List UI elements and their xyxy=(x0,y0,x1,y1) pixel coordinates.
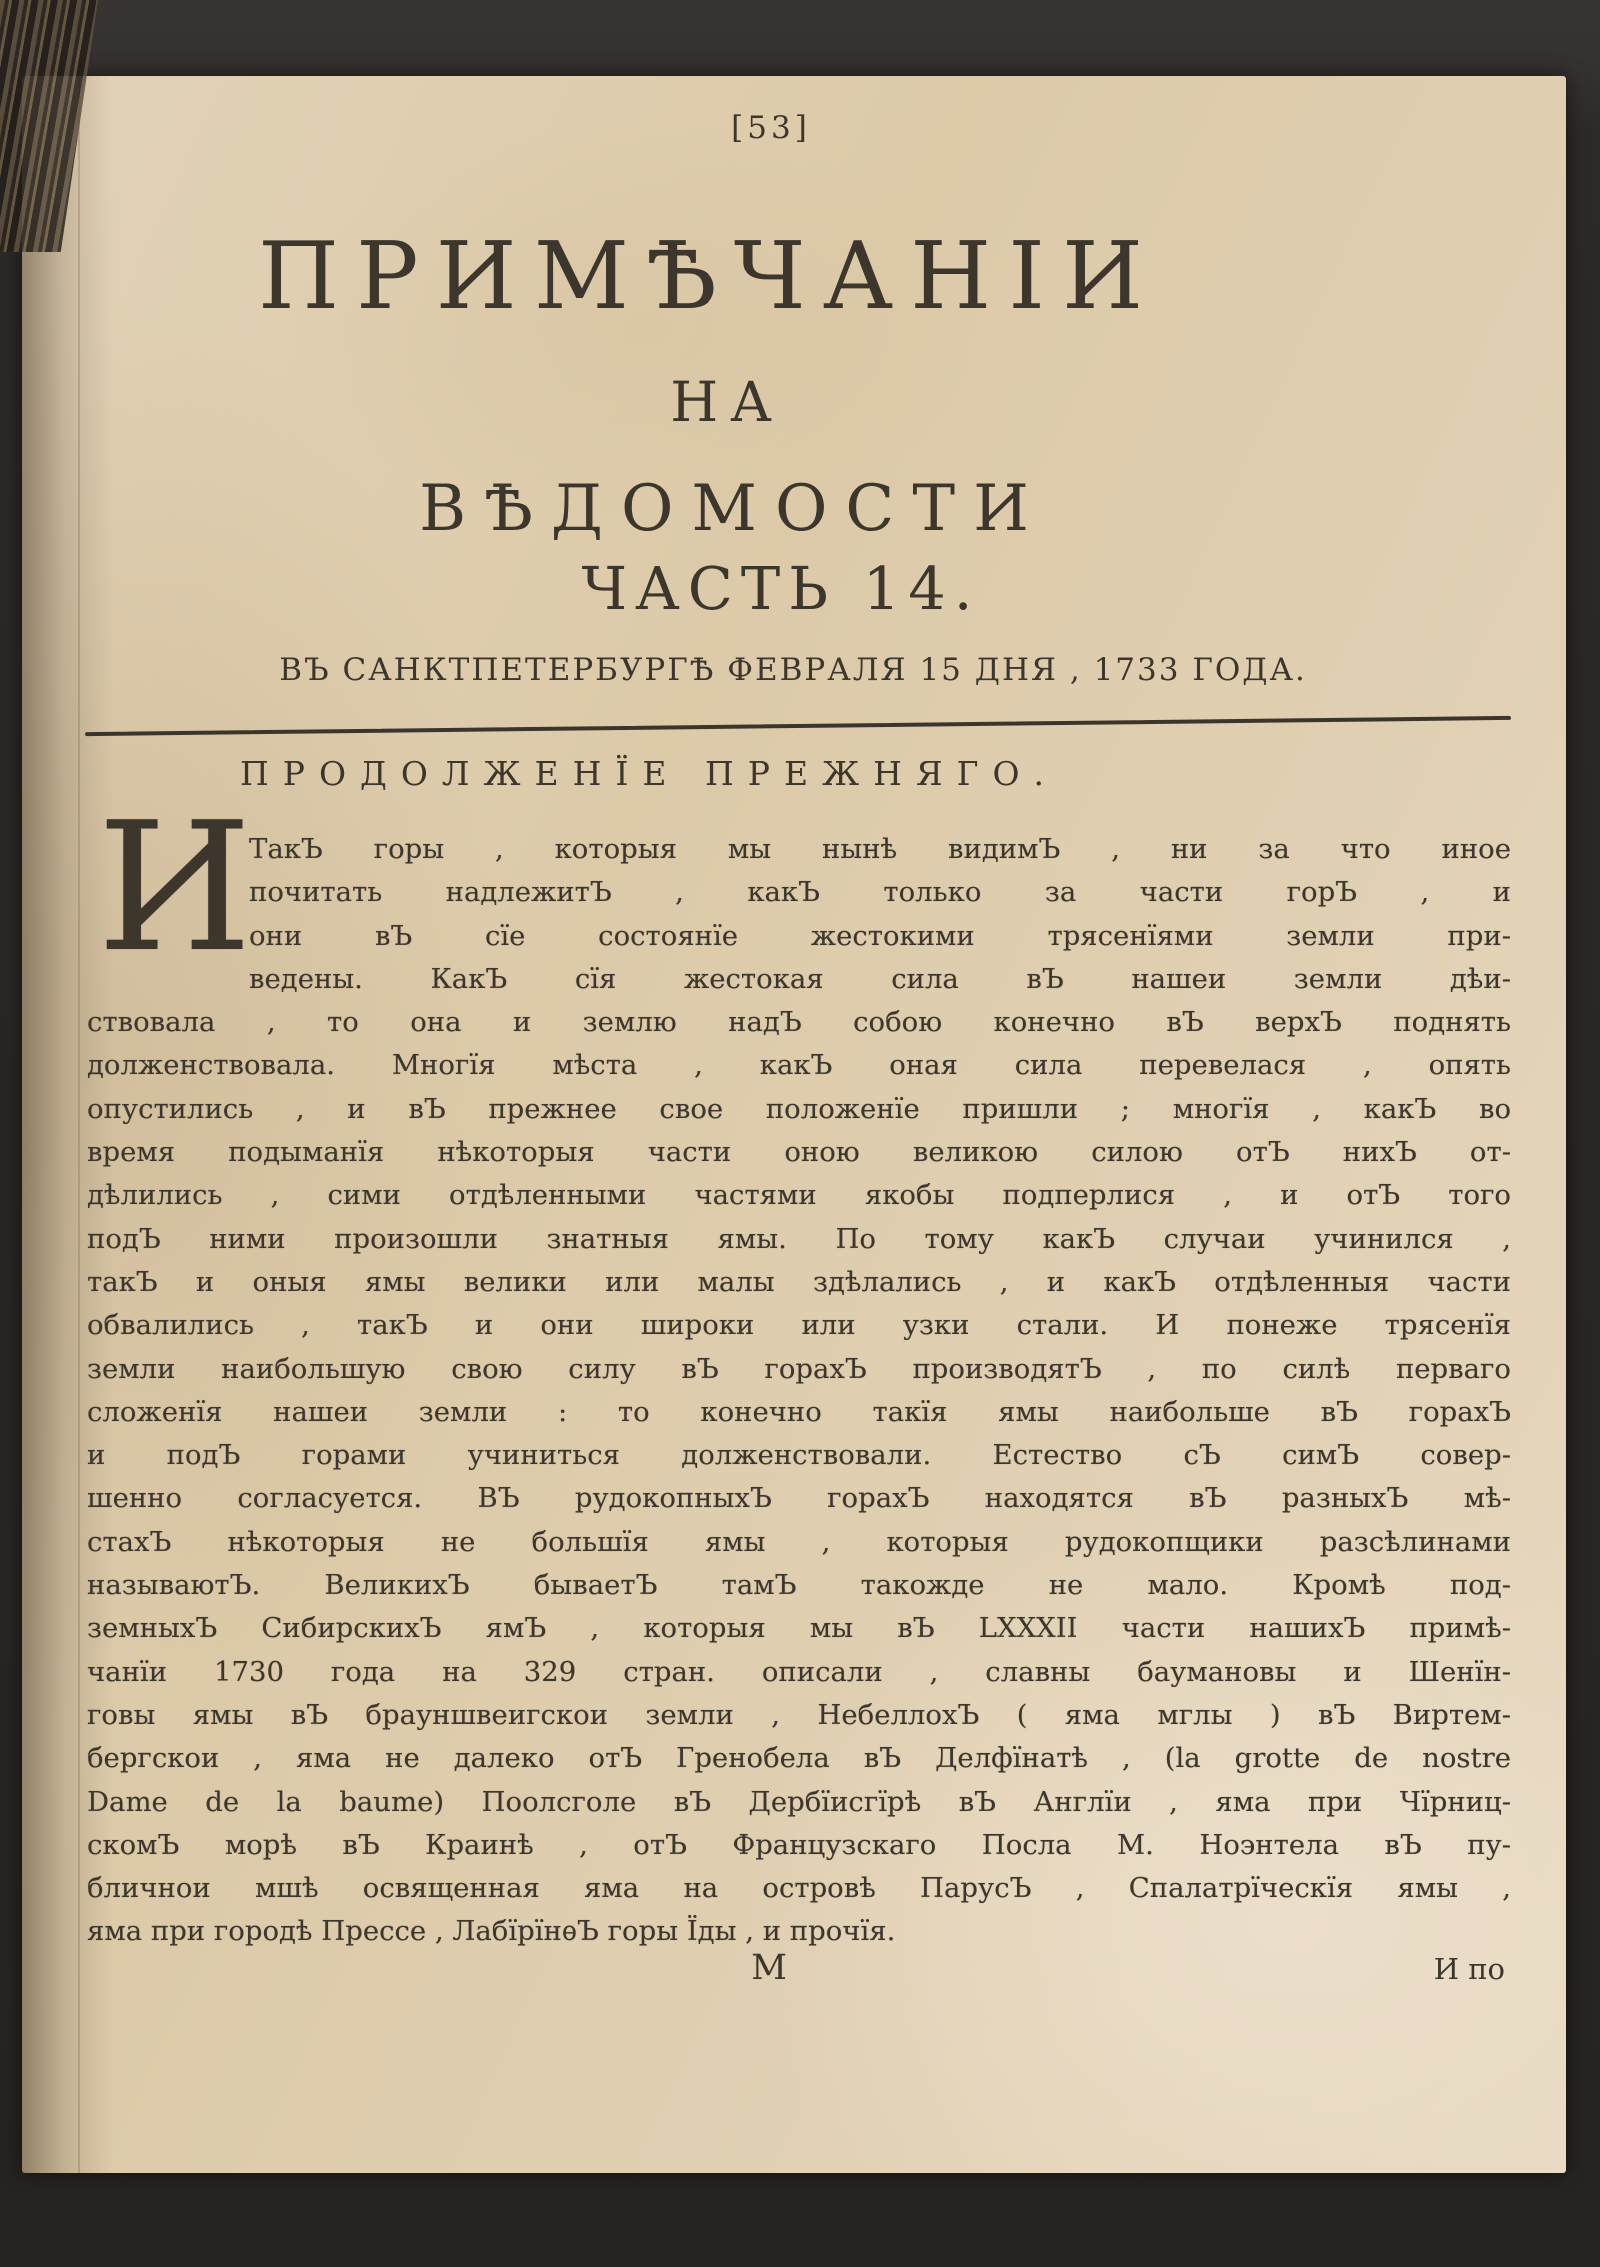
body-line: такЪ и оныя ямы велики или малы здѣлалис… xyxy=(87,1261,1511,1304)
body-text: И ТакЪ горы , которыя мы нынѣ видимЪ , н… xyxy=(87,828,1511,1954)
body-line: обвалились , такЪ и они широки или узки … xyxy=(87,1304,1511,1347)
body-line: земли наибольшую свою силу вЪ горахЪ про… xyxy=(87,1348,1511,1391)
body-line: ствовала , то она и землю надЪ собою кон… xyxy=(87,1001,1511,1044)
divider-rule xyxy=(85,716,1511,736)
body-line: они вЪ сїе состоянїе жестокими трясенїям… xyxy=(87,915,1511,958)
body-line: сложенїя нашеи земли : то конечно такїя … xyxy=(87,1391,1511,1434)
body-line: Dame de la baume) Поолсголе вЪ Дербїисгї… xyxy=(87,1781,1511,1824)
catchword: И по xyxy=(1434,1952,1505,1986)
body-line: ведены. КакЪ сїя жестокая сила вЪ нашеи … xyxy=(87,958,1511,1001)
body-line: бличнои мшѣ освященная яма на островѣ Па… xyxy=(87,1867,1511,1910)
title-preposition: НА xyxy=(15,370,1439,434)
signature-mark: М xyxy=(57,1948,1481,1988)
journal-title: ПРИМѢЧАНІИ xyxy=(0,222,1421,330)
body-line: опустились , и вЪ прежнее свое положенїе… xyxy=(87,1088,1511,1131)
page-paper: [53] ПРИМѢЧАНІИ НА ВѢДОМОСТИ ЧАСТЬ 14. В… xyxy=(22,76,1566,2173)
body-line: подЪ ними произошли знатныя ямы. По тому… xyxy=(87,1218,1511,1261)
dateline: ВЪ САНКТПЕТЕРБУРГѢ ФЕВРАЛЯ 15 ДНЯ , 1733… xyxy=(81,652,1505,688)
body-line: ТакЪ горы , которыя мы нынѣ видимЪ , ни … xyxy=(87,828,1511,871)
body-line: называютЪ. ВеликихЪ бываетЪ тамЪ такожде… xyxy=(87,1564,1511,1607)
page-number: [53] xyxy=(59,110,1483,146)
body-line: шенно согласуется. ВЪ рудокопныхЪ горахЪ… xyxy=(87,1477,1511,1520)
body-line: земныхЪ СибирскихЪ ямЪ , которыя мы вЪ L… xyxy=(87,1607,1511,1650)
body-line: дѣлились , сими отдѣленными частями якоб… xyxy=(87,1174,1511,1217)
body-line: и подЪ горами учиниться долженствовали. … xyxy=(87,1434,1511,1477)
part-heading: ЧАСТЬ 14. xyxy=(69,554,1493,623)
body-line: почитать надлежитЪ , какЪ только за част… xyxy=(87,871,1511,914)
footer-row: М И по xyxy=(87,1948,1511,1994)
scan-background: { "page": { "page_number": "[53]", "titl… xyxy=(0,0,1600,2267)
body-line: долженствовала. Многїя мѣста , какЪ оная… xyxy=(87,1044,1511,1087)
body-line: чанїи 1730 года на 329 стран. описали , … xyxy=(87,1651,1511,1694)
drop-cap-initial: И xyxy=(97,822,252,954)
body-line: бергскои , яма не далеко отЪ Гренобела в… xyxy=(87,1737,1511,1780)
body-line: стахЪ нѣкоторыя не большїя ямы , которыя… xyxy=(87,1521,1511,1564)
title-object: ВѢДОМОСТИ xyxy=(21,472,1445,546)
body-line: время подыманїя нѣкоторыя части оною вел… xyxy=(87,1131,1511,1174)
body-line: говы ямы вЪ брауншвеигскои земли , Небел… xyxy=(87,1694,1511,1737)
body-line: скомЪ морѣ вЪ Краинѣ , отЪ Французскаго … xyxy=(87,1824,1511,1867)
